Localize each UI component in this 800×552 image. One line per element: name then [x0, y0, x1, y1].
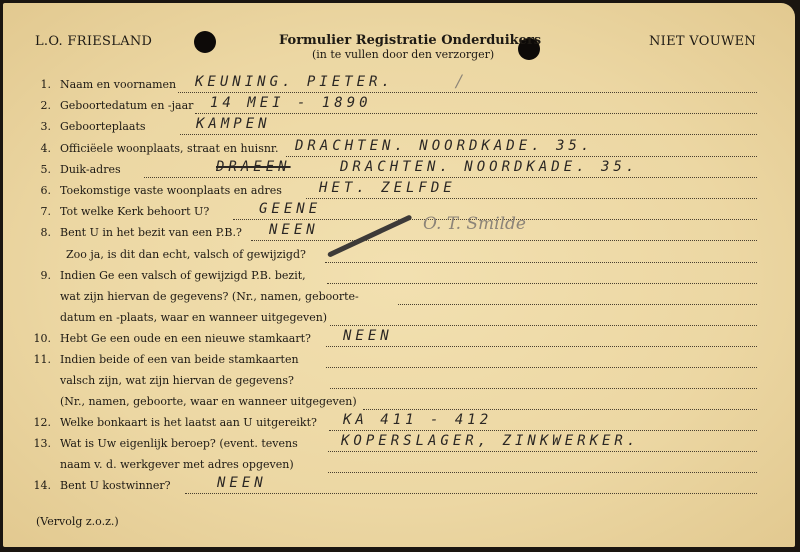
pencil-signature: O. T. Smilde	[423, 214, 526, 234]
form-subtitle: (in te vullen door den verzorger)	[312, 48, 494, 61]
field-row-stamkaart: 10. Hebt Ge een oude en een nieuwe stamk…	[3, 332, 800, 352]
answer-official-residence: DRACHTEN. NOORDKADE. 35.	[295, 138, 593, 154]
field-row-profession: 13. Wat is Uw eigenlijk beroep? (event. …	[3, 437, 800, 457]
field-row-fake-stamkaart-details: valsch zijn, wat zijn hiervan de gegeven…	[3, 374, 800, 394]
answer-breadwinner: NEEN	[217, 475, 267, 491]
answer-pb: NEEN	[269, 222, 319, 238]
answer-name: KEUNING. PIETER.	[195, 74, 394, 90]
continued-overleaf-note: (Vervolg z.o.z.)	[36, 515, 119, 528]
field-row-fake-pb-details: wat zijn hiervan de gegevens? (Nr., name…	[3, 290, 800, 310]
answer-hiding-address-struck: DRAEEN	[216, 159, 291, 175]
answer-hiding-address: DRACHTEN. NOORDKADE. 35.	[340, 159, 638, 175]
answer-bonkaart: KA 411 - 412	[343, 412, 492, 428]
answer-birthplace: KAMPEN	[196, 116, 271, 132]
answer-church: GEENE	[259, 201, 321, 217]
field-row-fake-pb: 9. Indien Ge een valsch of gewijzigd P.B…	[3, 269, 800, 289]
do-not-fold-label: NIET VOUWEN	[649, 34, 756, 49]
field-row-pb-real: Zoo ja, is dit dan echt, valsch of gewij…	[3, 248, 800, 268]
field-row-birthplace: 3. Geboorteplaats KAMPEN	[3, 120, 800, 140]
answer-birthdate: 14 MEI - 1890	[210, 95, 372, 111]
field-row-fake-stamkaart: 11. Indien beide of een van beide stamka…	[3, 353, 800, 373]
field-row-fake-pb-details-2: datum en -plaats, waar en wanneer uitgeg…	[3, 311, 800, 331]
registration-form-card: L.O. FRIESLAND Formulier Registratie Ond…	[3, 3, 795, 547]
field-row-employer: naam v. d. werkgever met adres opgeven)	[3, 458, 800, 478]
field-row-future-address: 6. Toekomstige vaste woonplaats en adres…	[3, 184, 800, 204]
field-row-birthdate: 2. Geboortedatum en -jaar 14 MEI - 1890	[3, 99, 800, 119]
organization-label: L.O. FRIESLAND	[35, 34, 152, 49]
answer-stamkaart: NEEN	[343, 328, 393, 344]
field-row-breadwinner: 14. Bent U kostwinner? NEEN	[3, 479, 800, 499]
answer-future-address: HET. ZELFDE	[319, 180, 456, 196]
answer-profession: KOPERSLAGER, ZINKWERKER.	[341, 433, 639, 449]
pencil-check-mark: /	[456, 72, 462, 92]
form-title: Formulier Registratie Onderduikers	[279, 33, 541, 48]
field-row-pb: 8. Bent U in het bezit van een P.B.? NEE…	[3, 226, 800, 246]
field-row-name: 1. Naam en voornamen KEUNING. PIETER. /	[3, 78, 800, 98]
punch-hole-left	[194, 31, 216, 53]
